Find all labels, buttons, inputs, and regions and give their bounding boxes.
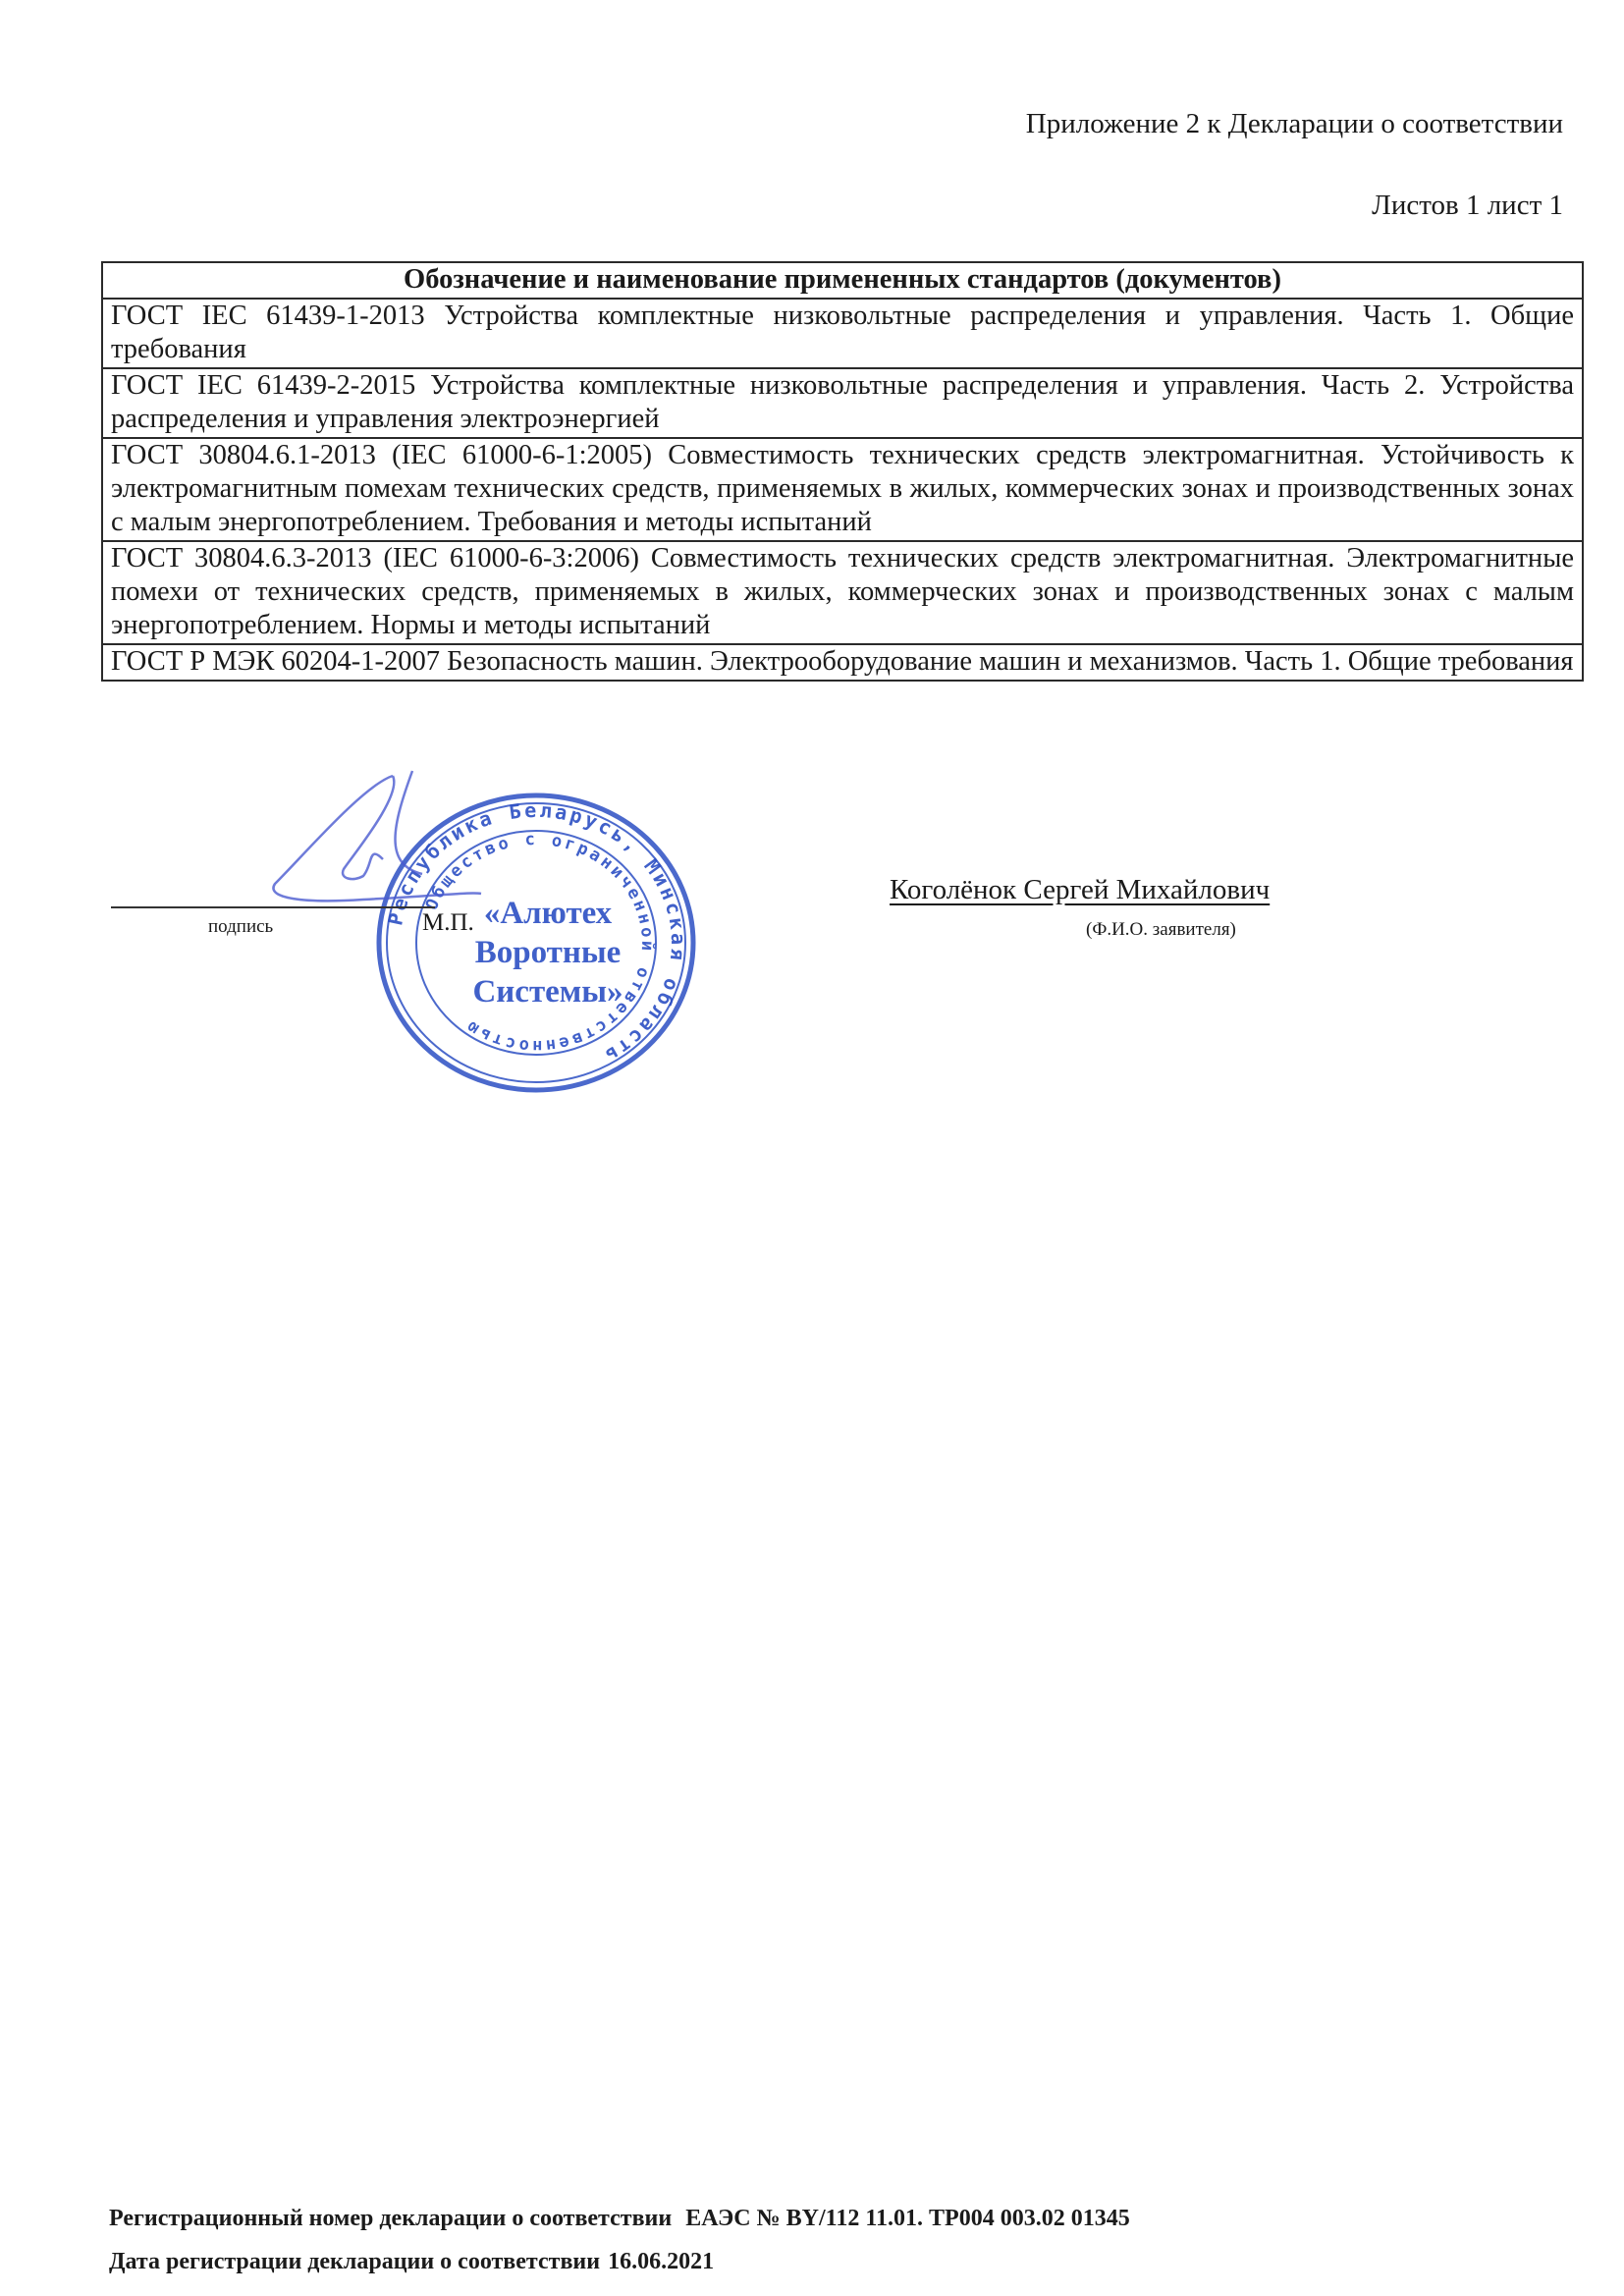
registration-date-line: Дата регистрации декларации о соответств… [109,2249,714,2275]
registration-date-label: Дата регистрации декларации о соответств… [109,2249,600,2274]
standard-entry: ГОСТ 30804.6.1-2013 (IEC 61000-6-1:2005)… [102,438,1583,541]
stamp-center-line: Системы» [472,974,623,1010]
registration-number-line: Регистрационный номер декларации о соотв… [109,2206,1130,2232]
standard-entry: ГОСТ IEC 61439-2-2015 Устройства комплек… [102,368,1583,438]
sheet-count: Листов 1 лист 1 [1372,190,1563,222]
table-row: ГОСТ 30804.6.1-2013 (IEC 61000-6-1:2005)… [102,438,1583,541]
applicant-caption: (Ф.И.О. заявителя) [1086,919,1236,941]
signature-line [111,906,435,908]
table-row: ГОСТ 30804.6.3-2013 (IEC 61000-6-3:2006)… [102,541,1583,644]
table-row: ГОСТ IEC 61439-2-2015 Устройства комплек… [102,368,1583,438]
table-row: ГОСТ IEC 61439-1-2013 Устройства комплек… [102,299,1583,368]
applicant-name: Коголёнок Сергей Михайлович [890,874,1270,906]
standard-entry: ГОСТ IEC 61439-1-2013 Устройства комплек… [102,299,1583,368]
standards-table: Обозначение и наименование примененных с… [101,261,1584,682]
stamp-center-line: Воротные [475,935,622,970]
signature-label: подпись [208,916,273,938]
stamp-center-line: «Алютех [484,896,613,931]
registration-number: ЕАЭС № BY/112 11.01. ТР004 003.02 01345 [685,2206,1130,2231]
seal-label: М.П. [422,909,474,937]
standard-entry: ГОСТ Р МЭК 60204-1-2007 Безопасность маш… [102,644,1583,681]
appendix-title: Приложение 2 к Декларации о соответствии [1026,108,1563,140]
standard-entry: ГОСТ 30804.6.3-2013 (IEC 61000-6-3:2006)… [102,541,1583,644]
registration-number-label: Регистрационный номер декларации о соотв… [109,2206,672,2231]
handwritten-signature [245,766,501,913]
registration-date: 16.06.2021 [608,2249,714,2274]
table-row: ГОСТ Р МЭК 60204-1-2007 Безопасность маш… [102,644,1583,681]
standards-table-header: Обозначение и наименование примененных с… [102,262,1583,299]
